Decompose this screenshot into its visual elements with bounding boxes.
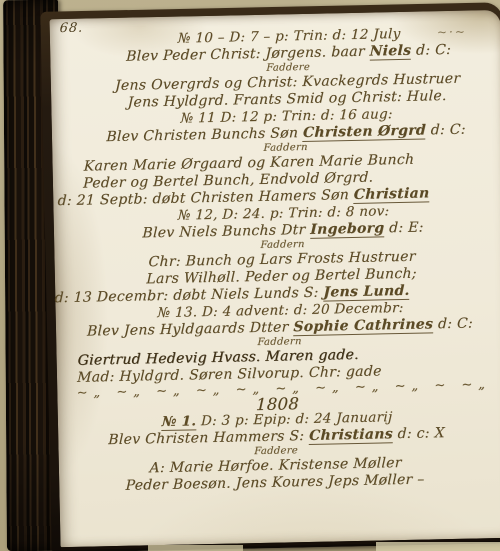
line-text: d: c: X [393,425,445,442]
line-text: Faddere [266,62,310,74]
underlined-name: Christian [354,185,430,204]
underlined-name: Jens Lund. [323,283,410,302]
underlined-name: Niels [369,43,411,61]
line-text: d: C: [411,42,451,59]
manuscript-page: 68. ~·~ № 10 – D: 7 – p: Trin: d: 12 Jul… [50,10,500,547]
line-text: Faddern [257,336,302,348]
line-text: Faddere [254,445,298,457]
underlined-name: № 1. [161,413,196,431]
underlined-name: Christians [309,426,393,445]
underlined-name: Christen Ørgrd [303,122,427,142]
scanned-register-page: 68. ~·~ № 10 – D: 7 – p: Trin: d: 12 Jul… [0,0,500,551]
underlined-name: Sophie Cathrines [293,316,433,336]
line-text: Faddern [260,239,305,251]
line-text: Faddern [263,142,308,154]
manuscript-lines: № 10 – D: 7 – p: Trin: d: 12 JulyBlev Pe… [61,24,500,496]
line-text: d: C: [433,315,473,332]
line-text: d: E: [384,220,424,237]
line-text: d: C: [426,122,466,139]
underlined-name: Ingeborg [310,220,385,239]
